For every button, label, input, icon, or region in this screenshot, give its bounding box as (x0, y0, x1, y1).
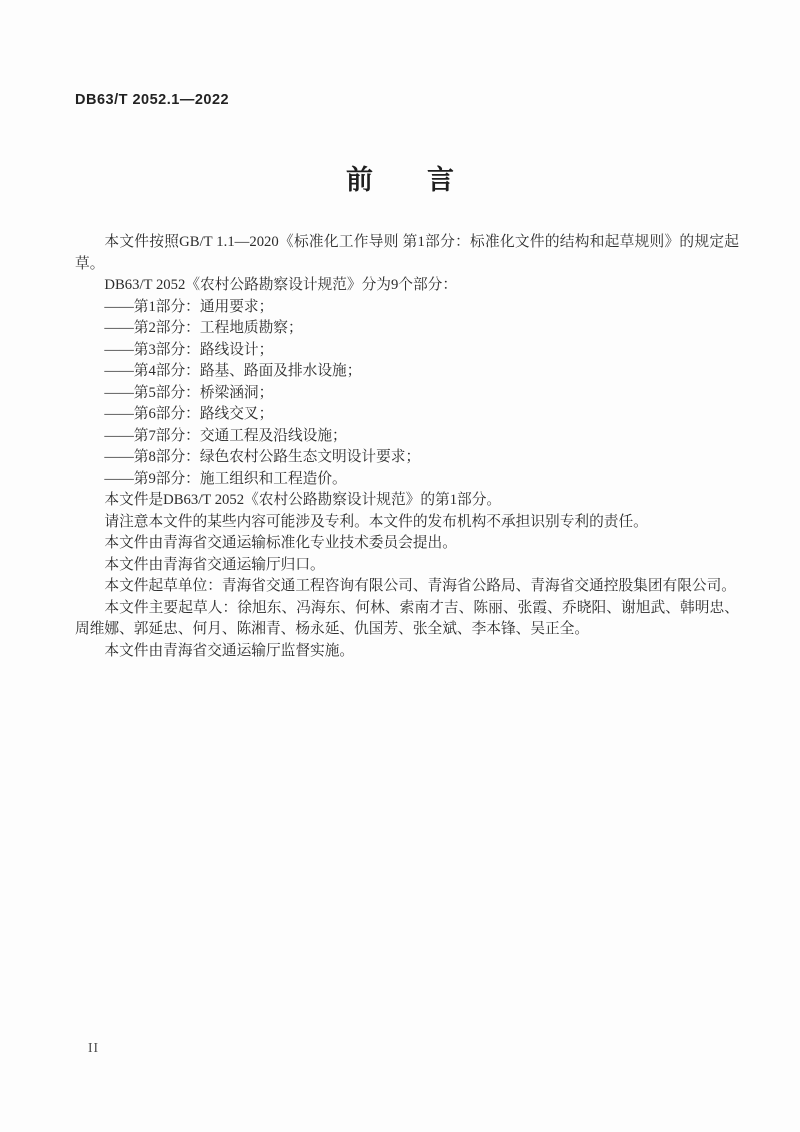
para-under-authority: 本文件由青海省交通运输厅归口。 (75, 555, 739, 577)
part-list-item-7: ——第7部分：交通工程及沿线设施； (75, 426, 739, 448)
para-supervised-by: 本文件由青海省交通运输厅监督实施。 (75, 641, 739, 663)
para-proposed-by: 本文件由青海省交通运输标准化专业技术委员会提出。 (75, 533, 739, 555)
page-number: II (88, 1040, 99, 1056)
document-page: DB63/T 2052.1—2022 前 言 本文件按照GB/T 1.1—202… (0, 0, 800, 1132)
para-drafting-orgs: 本文件起草单位：青海省交通工程咨询有限公司、青海省公路局、青海省交通控股集团有限… (75, 576, 739, 598)
para-this-is-part-1: 本文件是DB63/T 2052《农村公路勘察设计规范》的第1部分。 (75, 490, 739, 512)
part-list-item-3: ——第3部分：路线设计； (75, 340, 739, 362)
para-patent-notice: 请注意本文件的某些内容可能涉及专利。本文件的发布机构不承担识别专利的责任。 (75, 512, 739, 534)
para-drafting-basis: 本文件按照GB/T 1.1—2020《标准化工作导则 第1部分：标准化文件的结构… (75, 232, 739, 275)
part-list-item-2: ——第2部分：工程地质勘察； (75, 318, 739, 340)
page-title-foreword: 前 言 (0, 158, 800, 197)
part-list-item-5: ——第5部分：桥梁涵洞； (75, 383, 739, 405)
para-main-drafters: 本文件主要起草人：徐旭东、冯海东、何林、索南才吉、陈丽、张霞、乔晓阳、谢旭武、韩… (75, 598, 739, 641)
standard-code-header: DB63/T 2052.1—2022 (75, 92, 229, 108)
part-list-item-4: ——第4部分：路基、路面及排水设施； (75, 361, 739, 383)
para-parts-intro: DB63/T 2052《农村公路勘察设计规范》分为9个部分： (75, 275, 739, 297)
part-list-item-1: ——第1部分：通用要求； (75, 297, 739, 319)
part-list-item-6: ——第6部分：路线交叉； (75, 404, 739, 426)
part-list-item-9: ——第9部分：施工组织和工程造价。 (75, 469, 739, 491)
document-body: 本文件按照GB/T 1.1—2020《标准化工作导则 第1部分：标准化文件的结构… (75, 232, 739, 662)
part-list-item-8: ——第8部分：绿色农村公路生态文明设计要求； (75, 447, 739, 469)
